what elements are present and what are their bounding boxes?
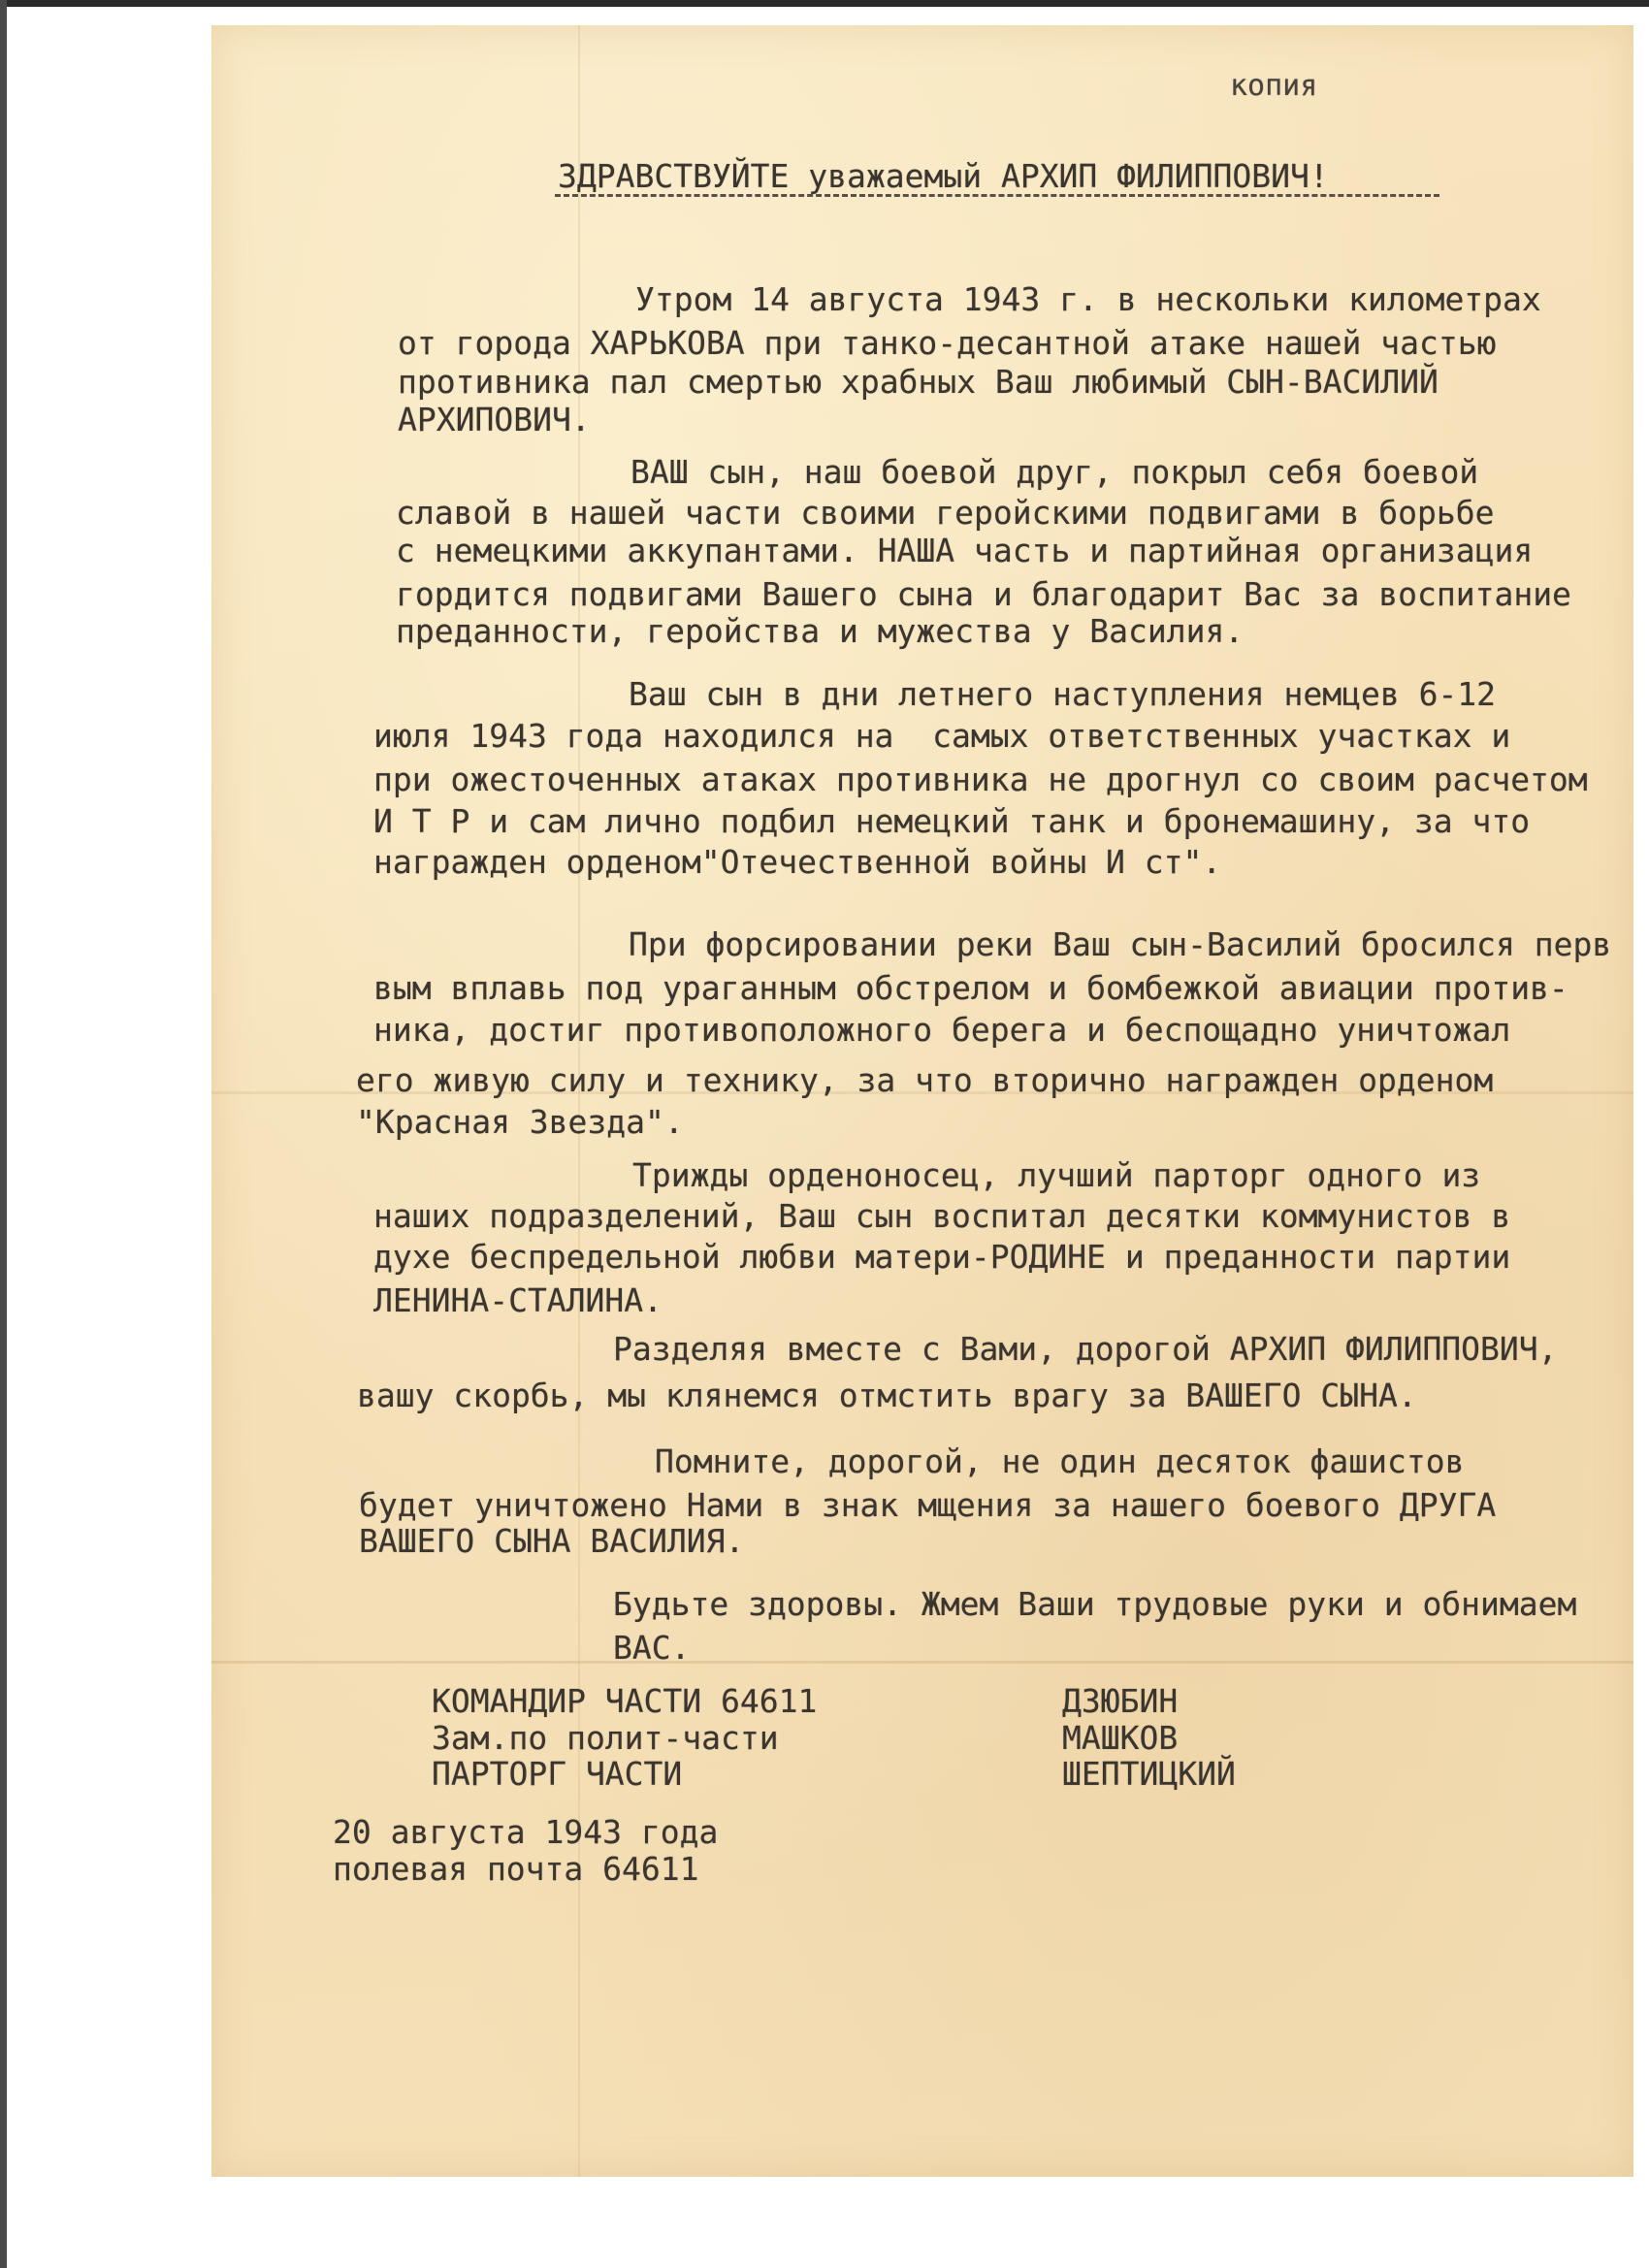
paper-fold-horizontal xyxy=(211,1661,1633,1664)
paragraph-line: вым вплавь под ураганным обстрелом и бом… xyxy=(373,970,1568,1007)
letter-date: 20 августа 1943 года xyxy=(333,1814,718,1851)
paragraph-line: наших подразделений, Ваш сын воспитал де… xyxy=(373,1198,1510,1235)
paragraph-line: славой в нашей части своими геройскими п… xyxy=(396,495,1494,532)
signature-name: ДЗЮБИН xyxy=(1062,1683,1178,1720)
paragraph-line: гордится подвигами Вашего сына и благода… xyxy=(396,576,1571,613)
paragraph-line: АРХИПОВИЧ. xyxy=(398,402,591,438)
paragraph-line: преданности, геройства и мужества у Васи… xyxy=(396,613,1244,650)
greeting-heading: ЗДРАВСТВУЙТЕ уважаемый АРХИП ФИЛИППОВИЧ! xyxy=(558,158,1329,195)
paragraph-line: с немецкими аккупантами. НАША часть и па… xyxy=(396,533,1533,569)
paragraph-line: ника, достиг противоположного берега и б… xyxy=(373,1012,1510,1049)
paragraph-line: июля 1943 года находился на самых ответс… xyxy=(373,718,1510,755)
paragraph-line: ВАШ сын, наш боевой друг, покрыл себя бо… xyxy=(630,454,1478,491)
paragraph-line: Разделяя вместе с Вами, дорогой АРХИП ФИ… xyxy=(613,1331,1558,1368)
paragraph-line: ЛЕНИНА-СТАЛИНА. xyxy=(373,1282,663,1319)
greeting-underline xyxy=(555,194,1439,197)
field-post-number: полевая почта 64611 xyxy=(333,1851,699,1888)
scanner-edge-top xyxy=(0,0,1649,7)
paragraph-line: Будьте здоровы. Жмем Ваши трудовые руки … xyxy=(613,1586,1576,1623)
paragraph-line: его живую силу и технику, за что вторичн… xyxy=(356,1062,1493,1099)
paragraph-line: награжден орденом"Отечественной войны И … xyxy=(373,844,1221,881)
paragraph-line: противника пал смертью храбных Ваш любим… xyxy=(398,364,1439,401)
signature-name: ШЕПТИЦКИЙ xyxy=(1062,1756,1236,1793)
paragraph-line: от города ХАРЬКОВА при танко-десантной а… xyxy=(398,325,1496,362)
paragraph-line: духе беспредельной любви матери-РОДИНЕ и… xyxy=(373,1239,1510,1276)
signature-title: ПАРТОРГ ЧАСТИ xyxy=(432,1756,682,1793)
paragraph-line: ВАШЕГО СЫНА ВАСИЛИЯ. xyxy=(359,1523,744,1560)
paragraph-line: Помните, дорогой, не один десяток фашист… xyxy=(655,1443,1464,1480)
paragraph-line: Утром 14 августа 1943 г. в нескольки кил… xyxy=(635,281,1541,318)
paragraph-line: При форсировании реки Ваш сын-Василий бр… xyxy=(629,926,1611,963)
paragraph-line: "Красная Звезда". xyxy=(356,1104,684,1141)
paragraph-line: И Т Р и сам лично подбил немецкий танк и… xyxy=(373,803,1530,840)
paragraph-line: при ожесточенных атаках противника не др… xyxy=(373,761,1588,798)
scanner-edge-left xyxy=(0,0,7,2268)
signature-name: МАШКОВ xyxy=(1062,1720,1178,1757)
paragraph-line: вашу скорбь, мы клянемся отмстить врагу … xyxy=(357,1377,1417,1414)
paragraph-line: ВАС. xyxy=(613,1630,690,1667)
paragraph-line: Трижды орденоносец, лучший парторг одног… xyxy=(632,1157,1480,1194)
paragraph-line: Ваш сын в дни летнего наступления немцев… xyxy=(629,676,1496,713)
paragraph-line: будет уничтожено Нами в знак мщения за н… xyxy=(359,1487,1496,1524)
signature-title: Зам.по полит-части xyxy=(432,1720,779,1757)
signature-title: КОМАНДИР ЧАСТИ 64611 xyxy=(432,1683,817,1720)
copy-stamp: копия xyxy=(1230,68,1317,105)
